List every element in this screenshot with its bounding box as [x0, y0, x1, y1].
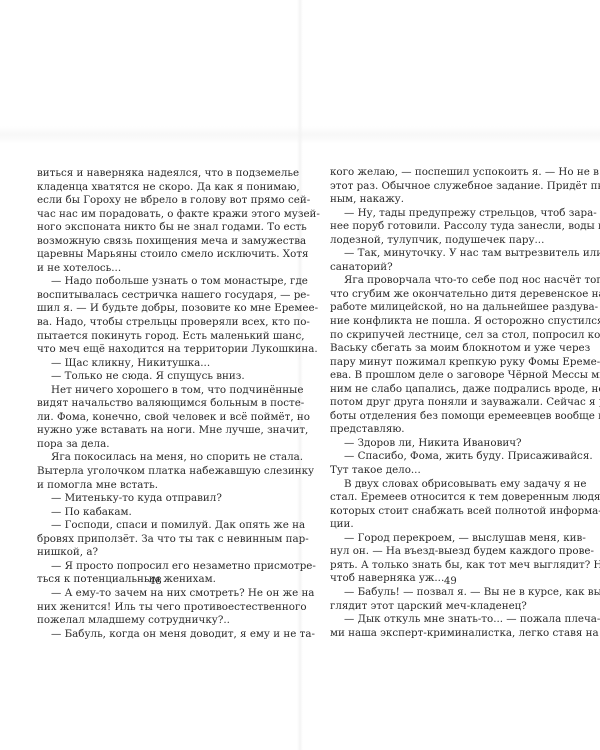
text-line: — По кабакам.: [37, 506, 274, 520]
text-line: этот раз. Обычное служебное задание. При…: [330, 180, 567, 194]
text-line: что сгубим же окончательно дитя деревенс…: [330, 288, 567, 302]
text-line: Яга покосилась на меня, но спорить не ст…: [37, 451, 274, 465]
text-line: виться и наверняка надеялся, что в подзе…: [37, 167, 274, 181]
text-line: пора за дела.: [37, 438, 274, 452]
text-line: работе милицейской, но на дальнейшее раз…: [330, 301, 567, 315]
text-line: царевны Марьяны стоило смело исключить. …: [37, 248, 274, 262]
text-line: нул он. — На въезд-выезд будем каждого п…: [330, 545, 567, 559]
text-line: пожелал младшему сотрудничку?..: [37, 614, 274, 628]
text-line: потом друг друга поняли и зауважали. Сей…: [330, 396, 567, 410]
text-line: — Спасибо, Фома, жить буду. Присаживайся…: [330, 450, 567, 464]
text-line: боты отделения без помощи еремеевцев воо…: [330, 410, 567, 424]
text-line: — Щас кликну, Никитушка...: [37, 357, 274, 371]
text-line: — Город перекроем, — выслушав меня, кив-: [330, 532, 567, 546]
text-line: Яга проворчала что-то себе под нос насчё…: [330, 274, 567, 288]
right-page-text: кого желаю, — поспешил успокоить я. — Но…: [330, 166, 567, 640]
text-line: ми наша эксперт-криминалистка, легко ста…: [330, 627, 567, 641]
page-number-left: 48: [149, 576, 162, 588]
text-line: кого желаю, — поспешил успокоить я. — Но…: [330, 166, 567, 180]
text-line: и не хотелось...: [37, 262, 274, 276]
text-line: ции.: [330, 518, 567, 532]
text-line: — Господи, спаси и помилуй. Дак опять же…: [37, 519, 274, 533]
text-line: пытается покинуть город. Есть маленький …: [37, 330, 274, 344]
text-line: — Дык откуль мне знать-то... — пожала пл…: [330, 613, 567, 627]
text-line: санаторий?: [330, 261, 567, 275]
text-line: по скрипучей лестнице, сел за стол, попр…: [330, 329, 567, 343]
text-line: — Бабуль, когда он меня доводит, я ему и…: [37, 628, 274, 642]
text-line: воспитывалась сестричка нашего государя,…: [37, 289, 274, 303]
text-line: что меч ещё находится на территории Луко…: [37, 343, 274, 357]
text-line: ние конфликта не пошла. Я осторожно спус…: [330, 315, 567, 329]
text-line: которых стоит снабжать всей полнотой инф…: [330, 505, 567, 519]
text-line: — Так, минуточку. У нас там вытрезвитель…: [330, 247, 567, 261]
bleed-through-shadow: [0, 126, 300, 144]
text-line: видят начальство валяющимся больным в по…: [37, 397, 274, 411]
text-line: — Надо побольше узнать о том монастыре, …: [37, 275, 274, 289]
text-line: представляю.: [330, 423, 567, 437]
text-line: Ваську сбегать за моим блокнотом и уже ч…: [330, 342, 567, 356]
book-spread: виться и наверняка надеялся, что в подзе…: [0, 0, 600, 750]
text-line: рять. А только знать бы, как тот меч выг…: [330, 559, 567, 573]
text-line: ного экспоната никто бы не знал годами. …: [37, 221, 274, 235]
text-line: — Только не сюда. Я спущусь вниз.: [37, 370, 274, 384]
text-line: ным, накажу.: [330, 193, 567, 207]
text-line: — Здоров ли, Никита Иванович?: [330, 437, 567, 451]
text-line: — Я просто попросил его незаметно присмо…: [37, 560, 274, 574]
text-line: и помогла мне встать.: [37, 479, 274, 493]
text-line: если бы Гороху не вбрело в голову вот пр…: [37, 194, 274, 208]
text-line: глядит этот царский меч-кладенец?: [330, 600, 567, 614]
text-line: ева. В прошлом деле о заговоре Чёрной Ме…: [330, 369, 567, 383]
text-line: Вытерла уголочком платка набежавшую слез…: [37, 465, 274, 479]
page-number-right: 49: [444, 576, 457, 588]
text-line: — А ему-то зачем на них смотреть? Не он …: [37, 587, 274, 601]
text-line: возможную связь похищения меча и замужес…: [37, 235, 274, 249]
text-line: ним не слабо цапались, даже подрались вр…: [330, 383, 567, 397]
text-line: ли. Фома, конечно, свой человек и всё по…: [37, 411, 274, 425]
left-page-text: виться и наверняка надеялся, что в подзе…: [37, 167, 274, 641]
text-line: пару минут пожимал крепкую руку Фомы Ере…: [330, 356, 567, 370]
text-line: кладенца хватятся не скоро. Да как я пон…: [37, 181, 274, 195]
text-line: час нас им порадовать, о факте кражи это…: [37, 208, 274, 222]
text-line: Тут такое дело...: [330, 464, 567, 478]
text-line: нужно уже вставать на ноги. Мне лучше, з…: [37, 424, 274, 438]
text-line: бровях приползёт. За что ты так с невинн…: [37, 533, 274, 547]
text-line: нее поруб готовили. Рассолу туда занесли…: [330, 220, 567, 234]
text-line: шил я. — И будьте добры, позовите ко мне…: [37, 302, 274, 316]
text-line: — Митеньку-то куда отправил?: [37, 492, 274, 506]
text-line: ва. Надо, чтобы стрельцы проверяли всех,…: [37, 316, 274, 330]
text-line: В двух словах обрисовывать ему задачу я …: [330, 478, 567, 492]
bleed-through-shadow: [300, 126, 600, 144]
text-line: стал. Еремеев относится к тем доверенным…: [330, 491, 567, 505]
text-line: нишкой, а?: [37, 546, 274, 560]
text-line: — Ну, тады предупрежу стрельцов, чтоб за…: [330, 207, 567, 221]
text-line: них женится! Иль ты чего противоестестве…: [37, 601, 274, 615]
text-line: Нет ничего хорошего в том, что подчинённ…: [37, 384, 274, 398]
text-line: лодезной, тулупчик, подушечек пару...: [330, 234, 567, 248]
